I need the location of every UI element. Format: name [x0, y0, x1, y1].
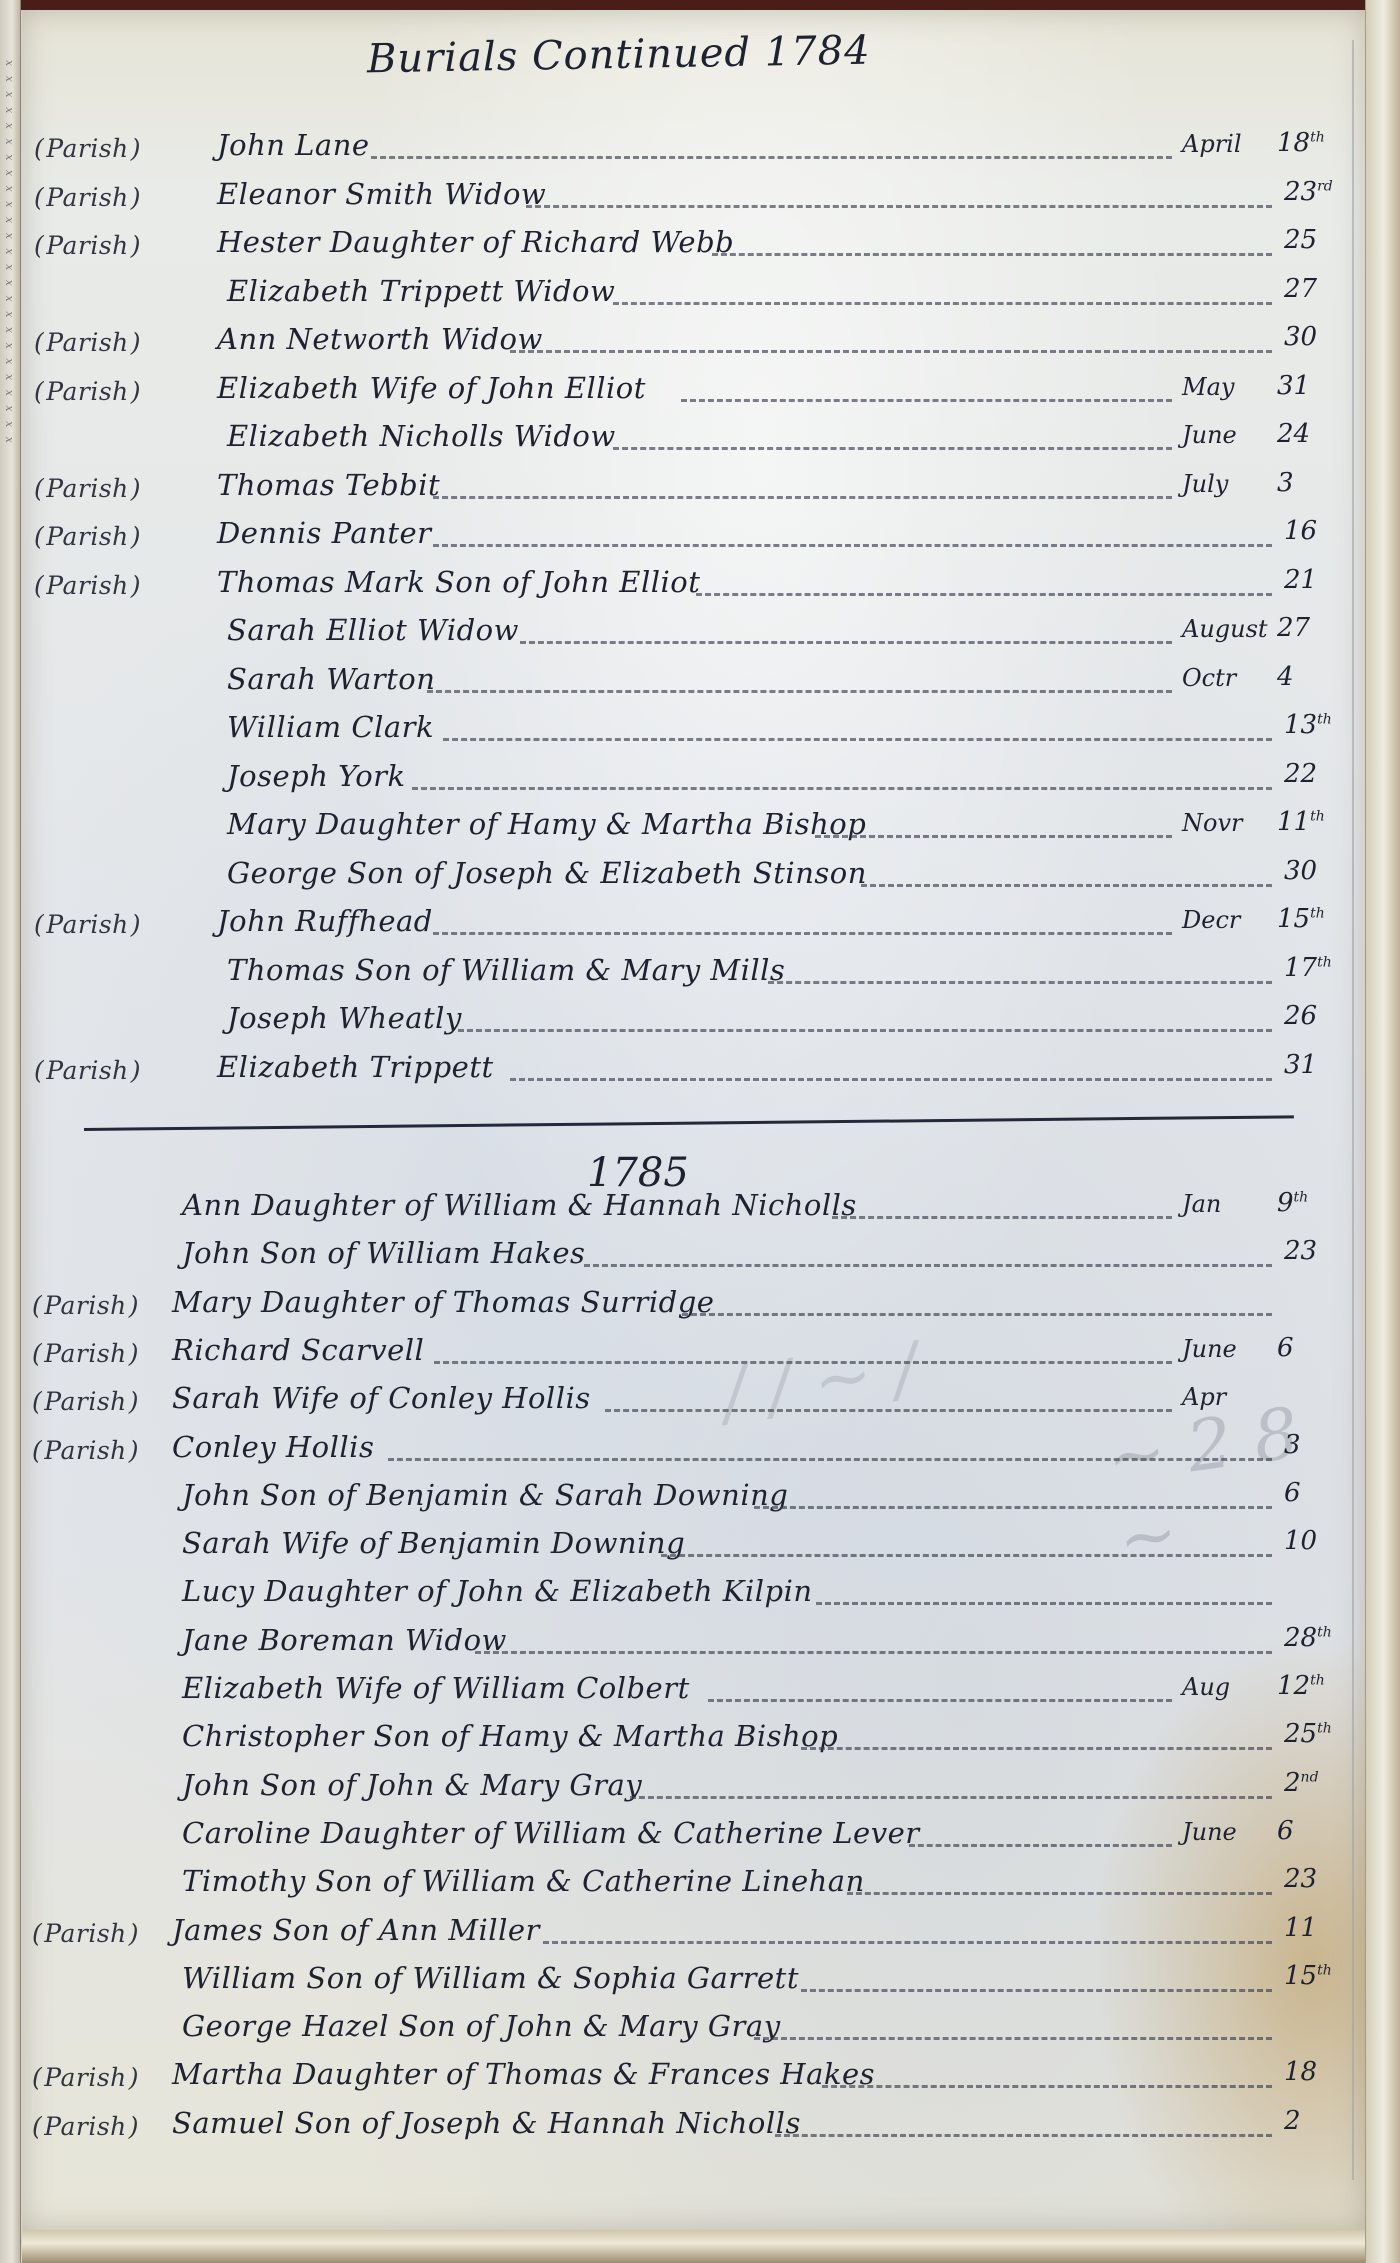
dashed-leader — [434, 1361, 1172, 1364]
burial-entry: Parish Mary Daughter of Thomas Surridge — [22, 1285, 1365, 1329]
burial-day: 2 — [1284, 2106, 1301, 2136]
burial-entry: Parish Ann Networth Widow 30 — [22, 322, 1365, 366]
deceased-name: Elizabeth Trippett — [217, 1050, 494, 1084]
burial-entry: Joseph York 22 — [22, 759, 1365, 803]
burial-entry: Parish Eleanor Smith Widow 23rd — [22, 177, 1365, 221]
deceased-name: Joseph York — [227, 759, 406, 793]
parish-marker: Parish — [34, 474, 141, 503]
burial-entry: Parish Thomas Mark Son of John Elliot 21 — [22, 565, 1365, 609]
burial-day: 2nd — [1284, 1768, 1319, 1798]
burial-entry: Joseph Wheatly 26 — [22, 1001, 1365, 1045]
dashed-leader — [613, 302, 1272, 305]
burial-day: 17th — [1284, 953, 1332, 983]
dashed-leader — [427, 690, 1172, 693]
burial-entry: Parish Sarah Wife of Conley Hollis Apr — [22, 1381, 1365, 1425]
burial-month: April — [1182, 130, 1242, 158]
dashed-leader — [712, 253, 1273, 256]
burial-entry: Parish Richard Scarvell June 6 — [22, 1333, 1365, 1377]
dashed-leader — [768, 981, 1272, 984]
burial-entry: Sarah Wife of Benjamin Downing 10 — [22, 1526, 1365, 1570]
deceased-name: Elizabeth Wife of John Elliot — [217, 371, 646, 405]
burial-day: 15th — [1284, 1961, 1332, 1991]
deceased-name: William Clark — [227, 710, 434, 744]
bottom-page-fold — [22, 2230, 1365, 2263]
facing-page-text-fragment: x x x x x x x x x x x x x x x x x x x x … — [2, 60, 16, 2240]
left-page-edge: x x x x x x x x x x x x x x x x x x x x … — [0, 0, 21, 2263]
deceased-name: Sarah Warton — [227, 662, 435, 696]
burial-month: Decr — [1182, 906, 1240, 934]
parish-marker: Parish — [34, 231, 141, 260]
burial-entry: Parish Elizabeth Wife of John Elliot May… — [22, 371, 1365, 415]
year-divider-line — [84, 1115, 1294, 1131]
dashed-leader — [443, 738, 1273, 741]
burial-entry: Parish Martha Daughter of Thomas & Franc… — [22, 2057, 1365, 2101]
deceased-name: Ann Daughter of William & Hannah Nicholl… — [182, 1188, 857, 1222]
burial-day: 4 — [1277, 662, 1294, 692]
parish-marker: Parish — [32, 1436, 139, 1465]
burial-day: 27 — [1284, 274, 1317, 304]
burial-entry: Parish Conley Hollis 3 — [22, 1430, 1365, 1474]
burial-entry: Parish John Lane April 18th — [22, 128, 1365, 172]
dashed-leader — [861, 884, 1272, 887]
burial-entry: Parish Elizabeth Trippett 31 — [22, 1050, 1365, 1094]
dashed-leader — [661, 1554, 1272, 1557]
burial-day: 6 — [1284, 1478, 1301, 1508]
dashed-leader — [605, 1409, 1173, 1412]
burial-entry: Parish Dennis Panter 16 — [22, 516, 1365, 560]
burial-day: 23 — [1284, 1864, 1317, 1894]
burial-entry: Mary Daughter of Hamy & Martha Bishop No… — [22, 807, 1365, 851]
parish-marker: Parish — [34, 1056, 141, 1085]
deceased-name: Jane Boreman Widow — [182, 1623, 507, 1657]
dashed-leader — [909, 1844, 1172, 1847]
burial-entry: Sarah Elliot Widow August 27 — [22, 613, 1365, 657]
dashed-leader — [630, 1796, 1272, 1799]
burial-entry: Thomas Son of William & Mary Mills 17th — [22, 953, 1365, 997]
deceased-name: John Lane — [217, 128, 370, 162]
dashed-leader — [696, 593, 1272, 596]
burial-entry: Jane Boreman Widow 28th — [22, 1623, 1365, 1667]
burial-entry: Caroline Daughter of William & Catherine… — [22, 1816, 1365, 1860]
burial-day: 25th — [1284, 1719, 1332, 1749]
burial-entry: Lucy Daughter of John & Elizabeth Kilpin — [22, 1574, 1365, 1618]
dashed-leader — [775, 2134, 1272, 2137]
burial-month: August — [1182, 615, 1268, 643]
burial-day: 15th — [1277, 904, 1325, 934]
deceased-name: Martha Daughter of Thomas & Frances Hake… — [172, 2057, 875, 2091]
page-title: Burials Continued 1784 — [367, 28, 871, 83]
burial-day: 31 — [1284, 1050, 1317, 1080]
dashed-leader — [682, 1313, 1272, 1316]
dashed-leader — [526, 205, 1273, 208]
burial-month: June — [1182, 1818, 1237, 1846]
dashed-leader — [510, 1078, 1272, 1081]
deceased-name: Conley Hollis — [172, 1430, 374, 1464]
parish-marker: Parish — [34, 377, 141, 406]
parish-marker: Parish — [34, 183, 141, 212]
burial-day: 11 — [1284, 1913, 1317, 1943]
deceased-name: Thomas Tebbit — [217, 468, 440, 502]
deceased-name: Elizabeth Nicholls Widow — [227, 419, 616, 453]
burial-day: 26 — [1284, 1001, 1317, 1031]
burial-day: 23 — [1284, 1236, 1317, 1266]
burial-day: 6 — [1277, 1333, 1294, 1363]
dashed-leader — [847, 1892, 1272, 1895]
burial-day: 31 — [1277, 371, 1310, 401]
burial-day: 18 — [1284, 2057, 1317, 2087]
burial-month: Jan — [1182, 1190, 1221, 1218]
deceased-name: Mary Daughter of Thomas Surridge — [172, 1285, 714, 1319]
deceased-name: Lucy Daughter of John & Elizabeth Kilpin — [182, 1574, 813, 1608]
dashed-leader — [475, 1651, 1272, 1654]
dashed-leader — [543, 1941, 1273, 1944]
deceased-name: James Son of Ann Miller — [172, 1913, 540, 1947]
burial-entry: George Hazel Son of John & Mary Gray — [22, 2009, 1365, 2053]
parish-marker: Parish — [34, 571, 141, 600]
burial-month: May — [1182, 373, 1234, 401]
burial-entry: Parish John Ruffhead Decr 15th — [22, 904, 1365, 948]
parish-marker: Parish — [32, 2112, 139, 2141]
dashed-leader — [433, 544, 1273, 547]
dashed-leader — [613, 447, 1172, 450]
dashed-leader — [815, 835, 1173, 838]
burial-entry: Elizabeth Trippett Widow 27 — [22, 274, 1365, 318]
burial-entry: John Son of Benjamin & Sarah Downing 6 — [22, 1478, 1365, 1522]
deceased-name: Richard Scarvell — [172, 1333, 424, 1367]
burial-entry: John Son of William Hakes 23 — [22, 1236, 1365, 1280]
parish-marker: Parish — [32, 1919, 139, 1948]
burial-day: 30 — [1284, 322, 1317, 352]
dashed-leader — [433, 932, 1173, 935]
burial-day: 3 — [1277, 468, 1294, 498]
burial-day: 3 — [1284, 1430, 1301, 1460]
deceased-name: Hester Daughter of Richard Webb — [217, 225, 734, 259]
deceased-name: Samuel Son of Joseph & Hannah Nicholls — [172, 2106, 801, 2140]
deceased-name: Eleanor Smith Widow — [217, 177, 546, 211]
burial-entry: William Son of William & Sophia Garrett … — [22, 1961, 1365, 2005]
burial-day: 24 — [1277, 419, 1310, 449]
burial-day: 16 — [1284, 516, 1317, 546]
parish-marker: Parish — [34, 328, 141, 357]
burial-month: Novr — [1182, 809, 1242, 837]
deceased-name: Christopher Son of Hamy & Martha Bishop — [182, 1719, 838, 1753]
parish-marker: Parish — [32, 1387, 139, 1416]
dashed-leader — [801, 1747, 1273, 1750]
parish-marker: Parish — [32, 1291, 139, 1320]
deceased-name: John Ruffhead — [217, 904, 433, 938]
parish-marker: Parish — [32, 1339, 139, 1368]
dashed-leader — [433, 496, 1173, 499]
burial-entry: John Son of John & Mary Gray 2nd — [22, 1768, 1365, 1812]
burial-entry: Christopher Son of Hamy & Martha Bishop … — [22, 1719, 1365, 1763]
dashed-leader — [388, 1458, 1273, 1461]
deceased-name: George Son of Joseph & Elizabeth Stinson — [227, 856, 867, 890]
deceased-name: John Son of John & Mary Gray — [182, 1768, 642, 1802]
deceased-name: Timothy Son of William & Catherine Lineh… — [182, 1864, 865, 1898]
burial-entry: Parish James Son of Ann Miller 11 — [22, 1913, 1365, 1957]
burial-entry: Elizabeth Nicholls Widow June 24 — [22, 419, 1365, 463]
burial-month: Apr — [1182, 1383, 1226, 1411]
burial-day: 10 — [1284, 1526, 1317, 1556]
deceased-name: Caroline Daughter of William & Catherine… — [182, 1816, 920, 1850]
burial-month: Aug — [1182, 1673, 1230, 1701]
deceased-name: Joseph Wheatly — [227, 1001, 462, 1035]
deceased-name: John Son of Benjamin & Sarah Downing — [182, 1478, 788, 1512]
dashed-leader — [832, 1216, 1173, 1219]
burial-entry: Parish Samuel Son of Joseph & Hannah Nic… — [22, 2106, 1365, 2150]
burial-entry: Sarah Warton Octr 4 — [22, 662, 1365, 706]
deceased-name: William Son of William & Sophia Garrett — [182, 1961, 799, 1995]
deceased-name: Thomas Mark Son of John Elliot — [217, 565, 700, 599]
deceased-name: Sarah Wife of Conley Hollis — [172, 1381, 591, 1415]
parish-marker: Parish — [34, 134, 141, 163]
dashed-leader — [520, 641, 1172, 644]
deceased-name: Mary Daughter of Hamy & Martha Bishop — [227, 807, 866, 841]
parish-marker: Parish — [34, 522, 141, 551]
burial-entry: Elizabeth Wife of William Colbert Aug 12… — [22, 1671, 1365, 1715]
burial-month: June — [1182, 1335, 1237, 1363]
deceased-name: Elizabeth Wife of William Colbert — [182, 1671, 690, 1705]
register-page: ~ 2 8 ~ / / ~ / Burials Continued 1784 P… — [22, 10, 1365, 2230]
burial-day: 11th — [1277, 807, 1325, 837]
burial-entry: Ann Daughter of William & Hannah Nicholl… — [22, 1188, 1365, 1232]
dashed-leader — [584, 1264, 1273, 1267]
burial-entry: William Clark 13th — [22, 710, 1365, 754]
burial-day: 9th — [1277, 1188, 1308, 1218]
burial-entry: Parish Hester Daughter of Richard Webb 2… — [22, 225, 1365, 269]
deceased-name: Ann Networth Widow — [217, 322, 543, 356]
dashed-leader — [412, 787, 1273, 790]
dashed-leader — [754, 1506, 1272, 1509]
manuscript-spread: x x x x x x x x x x x x x x x x x x x x … — [0, 0, 1400, 2263]
burial-day: 13th — [1284, 710, 1332, 740]
burial-day: 28th — [1284, 1623, 1332, 1653]
burial-month: Octr — [1182, 664, 1236, 692]
burial-day: 18th — [1277, 128, 1325, 158]
burial-day: 12th — [1277, 1671, 1325, 1701]
deceased-name: Thomas Son of William & Mary Mills — [227, 953, 785, 987]
burial-entry: Timothy Son of William & Catherine Lineh… — [22, 1864, 1365, 1908]
burial-day: 27 — [1277, 613, 1310, 643]
right-page-fold — [1365, 0, 1400, 2263]
burial-day: 6 — [1277, 1816, 1294, 1846]
dashed-leader — [458, 1029, 1272, 1032]
dashed-leader — [371, 156, 1173, 159]
deceased-name: Elizabeth Trippett Widow — [227, 274, 615, 308]
dashed-leader — [801, 1989, 1273, 1992]
deceased-name: Sarah Wife of Benjamin Downing — [182, 1526, 685, 1560]
dashed-leader — [816, 1602, 1272, 1605]
dashed-leader — [510, 350, 1272, 353]
dashed-leader — [681, 399, 1173, 402]
burial-day: 23rd — [1284, 177, 1333, 207]
burial-day: 30 — [1284, 856, 1317, 886]
top-binding — [20, 0, 1400, 10]
burial-day: 25 — [1284, 225, 1317, 255]
deceased-name: John Son of William Hakes — [182, 1236, 585, 1270]
dashed-leader — [822, 2085, 1273, 2088]
deceased-name: Sarah Elliot Widow — [227, 613, 519, 647]
dashed-leader — [754, 2037, 1272, 2040]
dashed-leader — [708, 1699, 1173, 1702]
parish-marker: Parish — [34, 910, 141, 939]
burial-day: 22 — [1284, 759, 1317, 789]
burial-month: June — [1182, 421, 1237, 449]
burial-entry: George Son of Joseph & Elizabeth Stinson… — [22, 856, 1365, 900]
burial-entry: Parish Thomas Tebbit July 3 — [22, 468, 1365, 512]
parish-marker: Parish — [32, 2063, 139, 2092]
burial-day: 21 — [1284, 565, 1317, 595]
burial-month: July — [1182, 470, 1228, 498]
deceased-name: Dennis Panter — [217, 516, 432, 550]
deceased-name: George Hazel Son of John & Mary Gray — [182, 2009, 781, 2043]
